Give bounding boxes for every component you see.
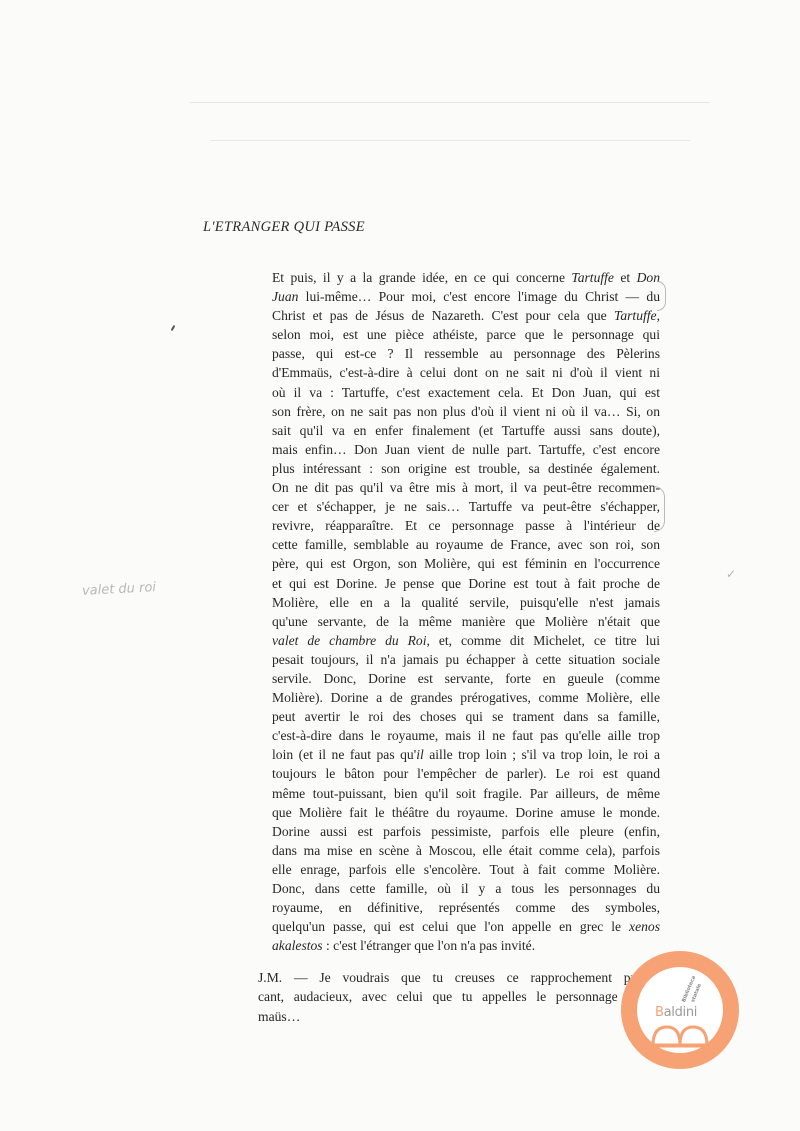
body-text: Et puis, il y a la grande idée, en ce qu… [258,268,660,1026]
text-line: père, qui est Orgon, son Molière, qui es… [258,554,660,573]
text-line: cer et s'échapper, je ne sais… Tartuffe … [258,497,660,516]
text-line: plus intéressant : son origine est troub… [258,459,660,478]
baldini-library-stamp: Biblioteca statale Baldini [621,951,739,1069]
text-line: mais enfin… Don Juan vient de nulle part… [258,440,660,459]
bleed-through-line [210,140,690,141]
pencil-bracket-mark [657,281,666,311]
text-line: qu'une servante, de la même manière que … [258,612,660,631]
paragraph-interviewer-question: J.M. — Je voudrais que tu creuses ce rap… [258,968,660,1025]
text-line: peut avertir le roi des choses qui se tr… [258,707,660,726]
text-line: revivre, réapparaître. Et ce personnage … [258,516,660,535]
text-line: Molière, elle en a la qualité servile, p… [258,593,660,612]
text-line: quelqu'un passe, qui est celui que l'on … [258,917,660,936]
text-line: pesait toujours, il n'a jamais pu échapp… [258,650,660,669]
text-line: toujours le bâton pour l'empêcher de par… [258,764,660,783]
pencil-bracket-mark [654,486,665,532]
text-line: même tout-puissant, bien qu'il soit frag… [258,784,660,803]
open-book-icon [649,1023,711,1049]
paragraph-main: Et puis, il y a la grande idée, en ce qu… [258,268,660,955]
text-line: royaume, en définitive, représentés comm… [258,898,660,917]
text-line: maüs… [258,1007,660,1026]
handwritten-margin-note: valet du roi [82,580,157,599]
text-line: valet de chambre du Roi, et, comme dit M… [258,631,660,650]
text-line: Christ et pas de Jésus de Nazareth. C'es… [258,306,660,325]
text-line: Et puis, il y a la grande idée, en ce qu… [258,268,660,287]
text-line: où il va : Tartuffe, c'est exactement ce… [258,383,660,402]
text-line: cette famille, semblable au royaume de F… [258,535,660,554]
pencil-check-icon: ✓ [726,567,736,581]
text-line: sait qu'il va en enfer finalement (et Ta… [258,421,660,440]
text-line: akalestos : c'est l'étranger que l'on n'… [258,936,660,955]
text-line: servile. Donc, Dorine est servante, fort… [258,669,660,688]
text-line: J.M. — Je voudrais que tu creuses ce rap… [258,968,660,987]
text-line: On ne dit pas qu'il va être mis à mort, … [258,478,660,497]
stamp-brand: Baldini [655,1005,697,1020]
text-line: son frère, on ne sait pas non plus d'où … [258,402,660,421]
text-line: cant, audacieux, avec celui que tu appel… [258,987,660,1006]
text-line: Molière). Dorine a de grandes prérogativ… [258,688,660,707]
text-line: dans ma mise en scène à Moscou, elle éta… [258,841,660,860]
text-line: que Molière fait le théâtre du royaume. … [258,803,660,822]
text-line: selon moi, est une pièce athéiste, parce… [258,325,660,344]
text-line: Dorine aussi est parfois pessimiste, par… [258,822,660,841]
scan-speck [171,325,176,331]
text-line: Donc, dans cette famille, où il y a tous… [258,879,660,898]
text-line: et qui est Dorine. Je pense que Dorine e… [258,574,660,593]
text-line: Juan lui-même… Pour moi, c'est encore l'… [258,287,660,306]
scanned-page: L'ETRANGER QUI PASSE Et puis, il y a la … [0,0,800,1131]
bleed-through-line [190,102,710,103]
text-line: c'est-à-dire dans le royaume, mais il ne… [258,726,660,745]
text-line: loin (et il ne faut pas qu'il aille trop… [258,745,660,764]
text-line: elle enrage, parfois elle s'encolère. To… [258,860,660,879]
section-heading: L'ETRANGER QUI PASSE [203,219,365,236]
text-line: passe, qui est-ce ? Il ressemble au pers… [258,344,660,363]
text-line: d'Emmaüs, c'est-à-dire à celui dont on n… [258,363,660,382]
